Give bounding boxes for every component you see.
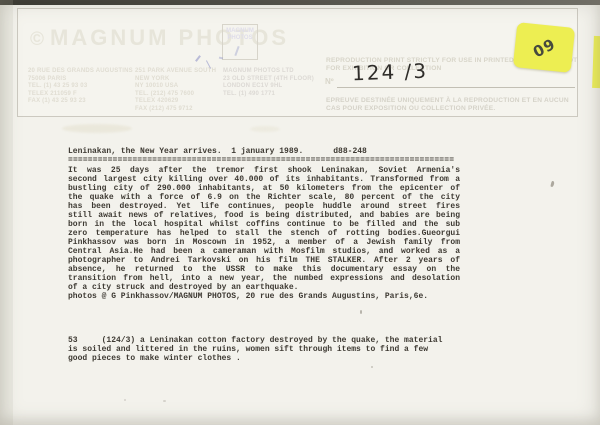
rights-notice-french: EPREUVE DESTINÉE UNIQUEMENT À LA REPRODU… [326,97,579,113]
caption-block: Leninakan, the New Year arrives. 1 janua… [68,147,460,301]
caption-body-line: zero temperature has helped to stall the… [68,229,460,238]
caption-body: It was 25 days after the tremor first sh… [68,166,460,292]
caption-body-line: Central Asia.He had been a cameraman wit… [68,247,460,256]
address-line: TEL. (212) 475 7600 [135,91,216,99]
address-line: FAX (1) 43 25 93 23 [28,98,133,106]
caption-body-line: born in the local hospital whilst coffin… [68,220,460,229]
number-underline [337,87,575,88]
number-value-handwritten: 124 /3 [352,59,429,86]
caption-title: Leninakan, the New Year arrives. 1 janua… [68,147,303,156]
sticky-note: 09 [513,22,575,73]
address-newyork: 251 PARK AVENUE SOUTHNEW YORKNY 10010 US… [135,68,216,113]
address-london: MAGNUM PHOTOS LTD23 OLD STREET (4TH FLOO… [223,68,314,98]
sticky-note-number: 09 [530,34,559,60]
address-line: TELEX 211059 F [28,91,133,99]
caption-body-line: still await news of relatives, food is b… [68,211,460,220]
address-line: FAX (212) 475 9712 [135,106,216,114]
caption-title-row: Leninakan, the New Year arrives. 1 janua… [68,147,460,156]
address-line: 20 RUE DES GRANDS AUGUSTINS [28,68,133,76]
number-label: Nº [325,77,334,86]
caption-reference: d88-248 [333,147,367,156]
photo-caption-line: good pieces to make winter clothes . [68,354,460,363]
caption-body-line: Pinkhassov was born in Moscown in 1952, … [68,238,460,247]
address-line: TEL. (1) 43 25 93 03 [28,83,133,91]
scan-edge [0,0,600,5]
photo-caption: 53 (124/3) a Leninakan cotton factory de… [68,336,460,363]
ink-mark [550,181,554,188]
address-line: MAGNUM PHOTOS LTD [223,68,314,76]
smudge [250,126,280,132]
caption-body-line: of a city struck and destroyed by an ear… [68,283,460,292]
address-line: LONDON EC1V 9HL [223,83,314,91]
address-line: NEW YORK [135,76,216,84]
small-stamp-box: MAGNUM PHOTOS [222,24,258,60]
caption-body-line: transition from hell, into a new year, t… [68,274,460,283]
ink-mark [124,399,126,401]
ink-mark [360,310,362,314]
smudge [62,124,132,133]
scan-left-band [0,0,13,425]
address-paris: 20 RUE DES GRANDS AUGUSTINS75006 PARISTE… [28,68,133,106]
address-line: NY 10010 USA [135,83,216,91]
ink-mark [371,366,373,368]
caption-divider: ========================================… [68,156,460,165]
ink-mark [163,400,166,402]
photo-caption-line: 53 (124/3) a Leninakan cotton factory de… [68,336,460,345]
address-line: TELEX 420629 [135,98,216,106]
caption-credit: photos @ G Pinkhassov/MAGNUM PHOTOS, 20 … [68,292,460,301]
caption-body-line: the quake with a force of 6.9 on the Ric… [68,193,460,202]
address-line: 251 PARK AVENUE SOUTH [135,68,216,76]
caption-sheet: ©MAGNUM PHOTOS MAGNUM PHOTOS 20 RUE DES … [0,0,600,425]
caption-body-line: second largest city killing over 40.000 … [68,175,460,184]
address-line: 75006 PARIS [28,76,133,84]
address-line: TEL. (1) 490 1771 [223,91,314,99]
caption-body-line: bustling city of 290.000 inhabitants, at… [68,184,460,193]
sticky-note-sliver [592,36,600,88]
address-line: 23 OLD STREET (4TH FLOOR) [223,76,314,84]
caption-body-line: has been destroyed. Yet life continues, … [68,202,460,211]
copyright-icon: © [30,29,44,50]
caption-body-line: It was 25 days after the tremor first sh… [68,166,460,175]
caption-body-line: photographer to Andrei Tarkovski on his … [68,256,460,265]
caption-body-line: absence, he returned to the USSR to make… [68,265,460,274]
photo-caption-line: is soiled and littered in the ruins, wom… [68,345,460,354]
